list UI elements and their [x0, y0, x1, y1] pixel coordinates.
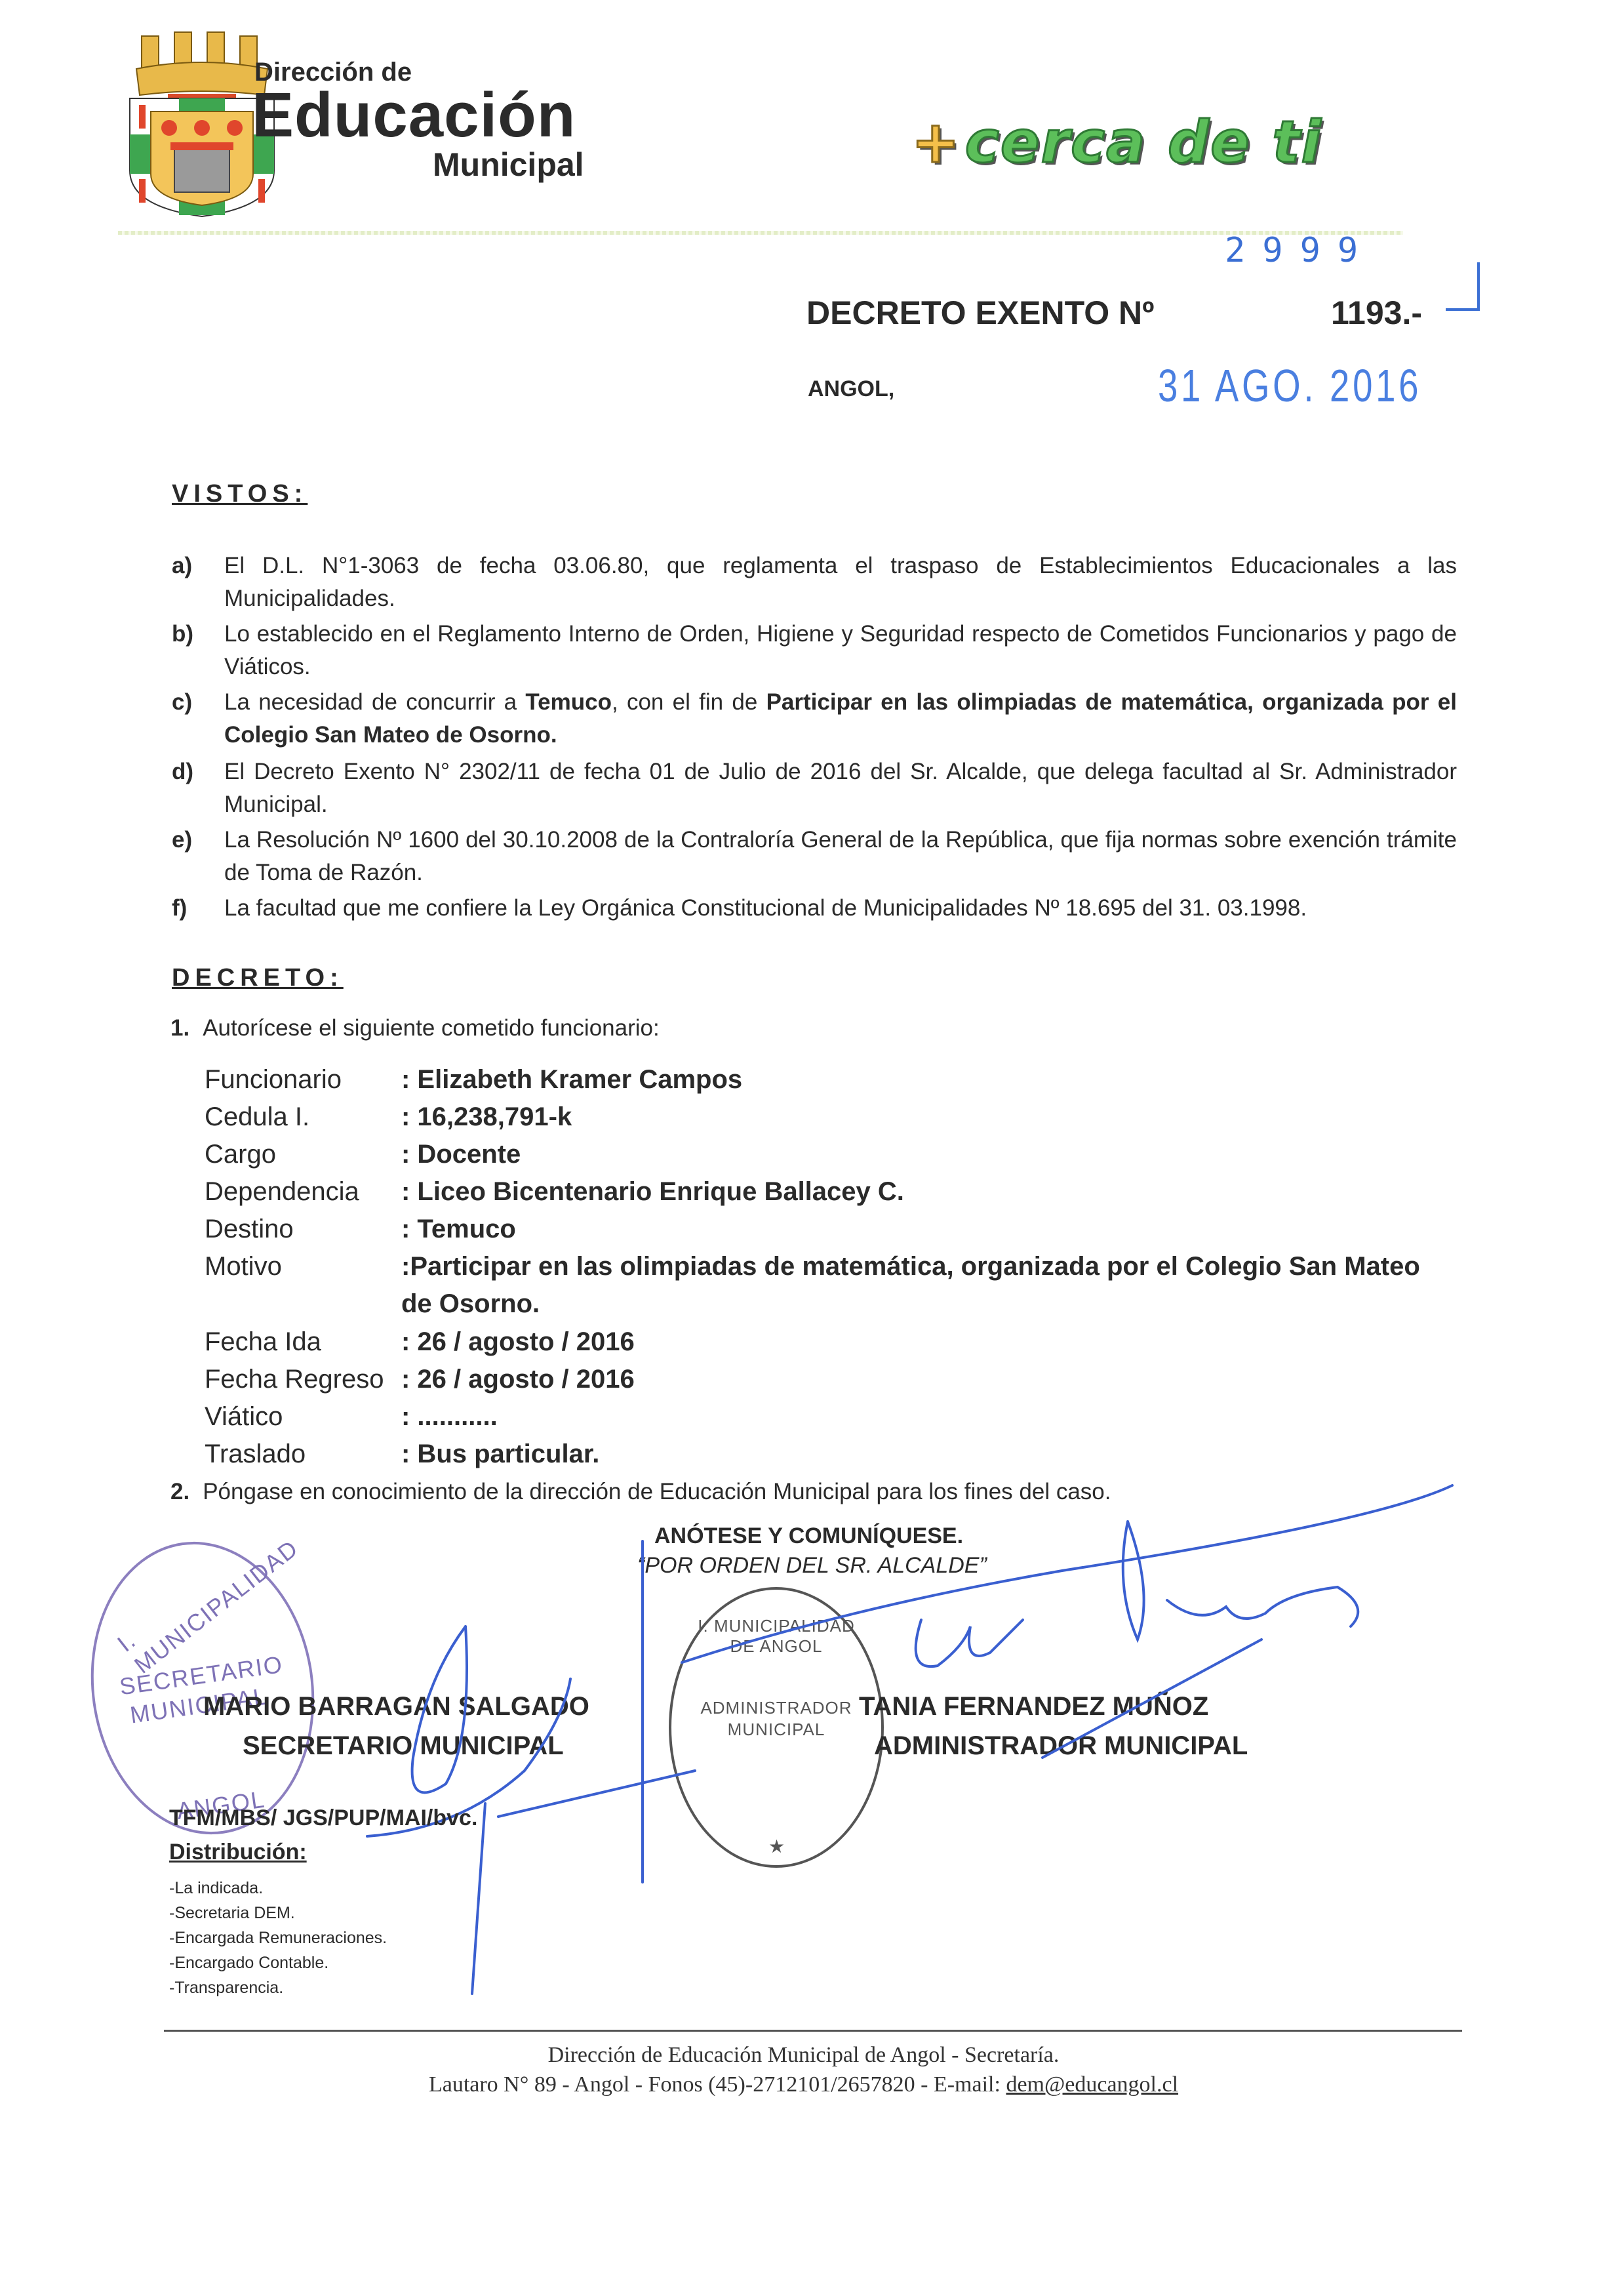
- distribution-item: -Encargado Contable.: [169, 1954, 328, 1973]
- star-icon: ★: [768, 1836, 785, 1857]
- field-label: Fecha Ida: [205, 1323, 401, 1361]
- distribution-item: -La indicada.: [169, 1879, 263, 1898]
- field-label: Destino: [205, 1211, 401, 1248]
- cometido-field: Destino: Temuco: [205, 1211, 516, 1248]
- brand-line-2: Educación: [252, 84, 576, 147]
- visto-item: f) La facultad que me confiere la Ley Or…: [172, 892, 1457, 925]
- cometido-field: Dependencia: Liceo Bicentenario Enrique …: [205, 1173, 904, 1211]
- visto-item: b) Lo establecido en el Reglamento Inter…: [172, 618, 1457, 683]
- footer-line-2: Lautaro N° 89 - Angol - Fonos (45)-27121…: [0, 2072, 1607, 2097]
- field-value: : ...........: [401, 1402, 498, 1431]
- distribution-item: -Encargada Remuneraciones.: [169, 1929, 387, 1948]
- field-value: : Docente: [401, 1140, 521, 1169]
- registry-number-stamp: 2999: [1225, 231, 1375, 270]
- cometido-field: Fecha Regreso: 26 / agosto / 2016: [205, 1361, 635, 1398]
- visto-item: c) La necesidad de concurrir a Temuco, c…: [172, 686, 1457, 752]
- field-value: : 26 / agosto / 2016: [401, 1365, 635, 1394]
- date-stamp: 31 AGO. 2016: [1158, 359, 1421, 412]
- plus-icon: +: [911, 108, 961, 176]
- decree-title: DECRETO EXENTO Nº: [806, 294, 1154, 332]
- cometido-field: Cargo: Docente: [205, 1136, 521, 1173]
- distribution-heading: Distribución:: [169, 1840, 307, 1865]
- decree-city: ANGOL,: [808, 376, 894, 402]
- closing-line-1: ANÓTESE Y COMUNÍQUESE.: [654, 1523, 963, 1549]
- field-value: : 16,238,791-k: [401, 1102, 572, 1131]
- field-label: Dependencia: [205, 1173, 401, 1211]
- distribution-item: -Transparencia.: [169, 1979, 283, 1998]
- footer-email-link[interactable]: dem@educangol.cl: [1006, 2072, 1178, 2097]
- field-value: : 26 / agosto / 2016: [401, 1327, 635, 1356]
- footer-line-1: Dirección de Educación Municipal de Ango…: [0, 2043, 1607, 2068]
- field-value: : Elizabeth Kramer Campos: [401, 1065, 742, 1094]
- field-label: Funcionario: [205, 1061, 401, 1098]
- field-label: Motivo: [205, 1248, 401, 1285]
- signatory-left-name: MARIO BARRAGAN SALGADO: [203, 1692, 589, 1722]
- visto-item: d) El Decreto Exento N° 2302/11 de fecha…: [172, 755, 1457, 821]
- field-label: Traslado: [205, 1436, 401, 1473]
- decreto-heading: DECRETO:: [172, 964, 344, 992]
- field-value: :Participar en las olimpiadas de matemát…: [401, 1248, 1457, 1323]
- cometido-field: Viático: ...........: [205, 1398, 498, 1436]
- visto-item: a) El D.L. N°1-3063 de fecha 03.06.80, q…: [172, 550, 1457, 615]
- brand-line-3: Municipal: [433, 146, 584, 184]
- field-value: : Liceo Bicentenario Enrique Ballacey C.: [401, 1177, 904, 1206]
- closing-line-2: “POR ORDEN DEL SR. ALCALDE”: [637, 1553, 987, 1579]
- distribution-item: -Secretaria DEM.: [169, 1904, 295, 1923]
- signatory-left-title: SECRETARIO MUNICIPAL: [243, 1731, 564, 1761]
- reference-initials: TFM/MBS/ JGS/PUP/MAI/bvc.: [169, 1805, 477, 1831]
- field-value: : Temuco: [401, 1215, 516, 1243]
- visto-item: e) La Resolución Nº 1600 del 30.10.2008 …: [172, 824, 1457, 889]
- field-label: Fecha Regreso: [205, 1361, 401, 1398]
- field-label: Viático: [205, 1398, 401, 1436]
- cometido-field: Fecha Ida: 26 / agosto / 2016: [205, 1323, 635, 1361]
- signatory-right-name: TANIA FERNANDEZ MUÑOZ: [859, 1692, 1208, 1722]
- signatory-right-title: ADMINISTRADOR MUNICIPAL: [874, 1731, 1248, 1761]
- secretary-seal: I. MUNICIPALIDAD SECRETARIO MUNICIPAL AN…: [72, 1527, 332, 1849]
- decreto-point-1: 1.Autorícese el siguiente cometido funci…: [170, 1015, 660, 1041]
- field-value: : Bus particular.: [401, 1440, 599, 1468]
- field-label: Cedula I.: [205, 1098, 401, 1136]
- cometido-field: Cedula I.: 16,238,791-k: [205, 1098, 572, 1136]
- cometido-field: Funcionario: Elizabeth Kramer Campos: [205, 1061, 742, 1098]
- slogan-text: cerca de ti: [965, 108, 1322, 176]
- cometido-field: Traslado: Bus particular.: [205, 1436, 599, 1473]
- decreto-point-2: 2.Póngase en conocimiento de la direcció…: [170, 1479, 1111, 1505]
- administrator-seal: I. MUNICIPALIDAD DE ANGOL ADMINISTRADOR …: [669, 1587, 884, 1868]
- corner-stamp-mark: [1446, 262, 1480, 311]
- slogan: +cerca de ti: [911, 108, 1322, 176]
- header-divider: [118, 231, 1403, 235]
- cometido-field: Motivo: [205, 1248, 401, 1285]
- field-label: Cargo: [205, 1136, 401, 1173]
- footer-divider: [164, 2030, 1462, 2032]
- decree-number: 1193.-: [1331, 294, 1422, 332]
- vistos-heading: VISTOS:: [172, 480, 308, 508]
